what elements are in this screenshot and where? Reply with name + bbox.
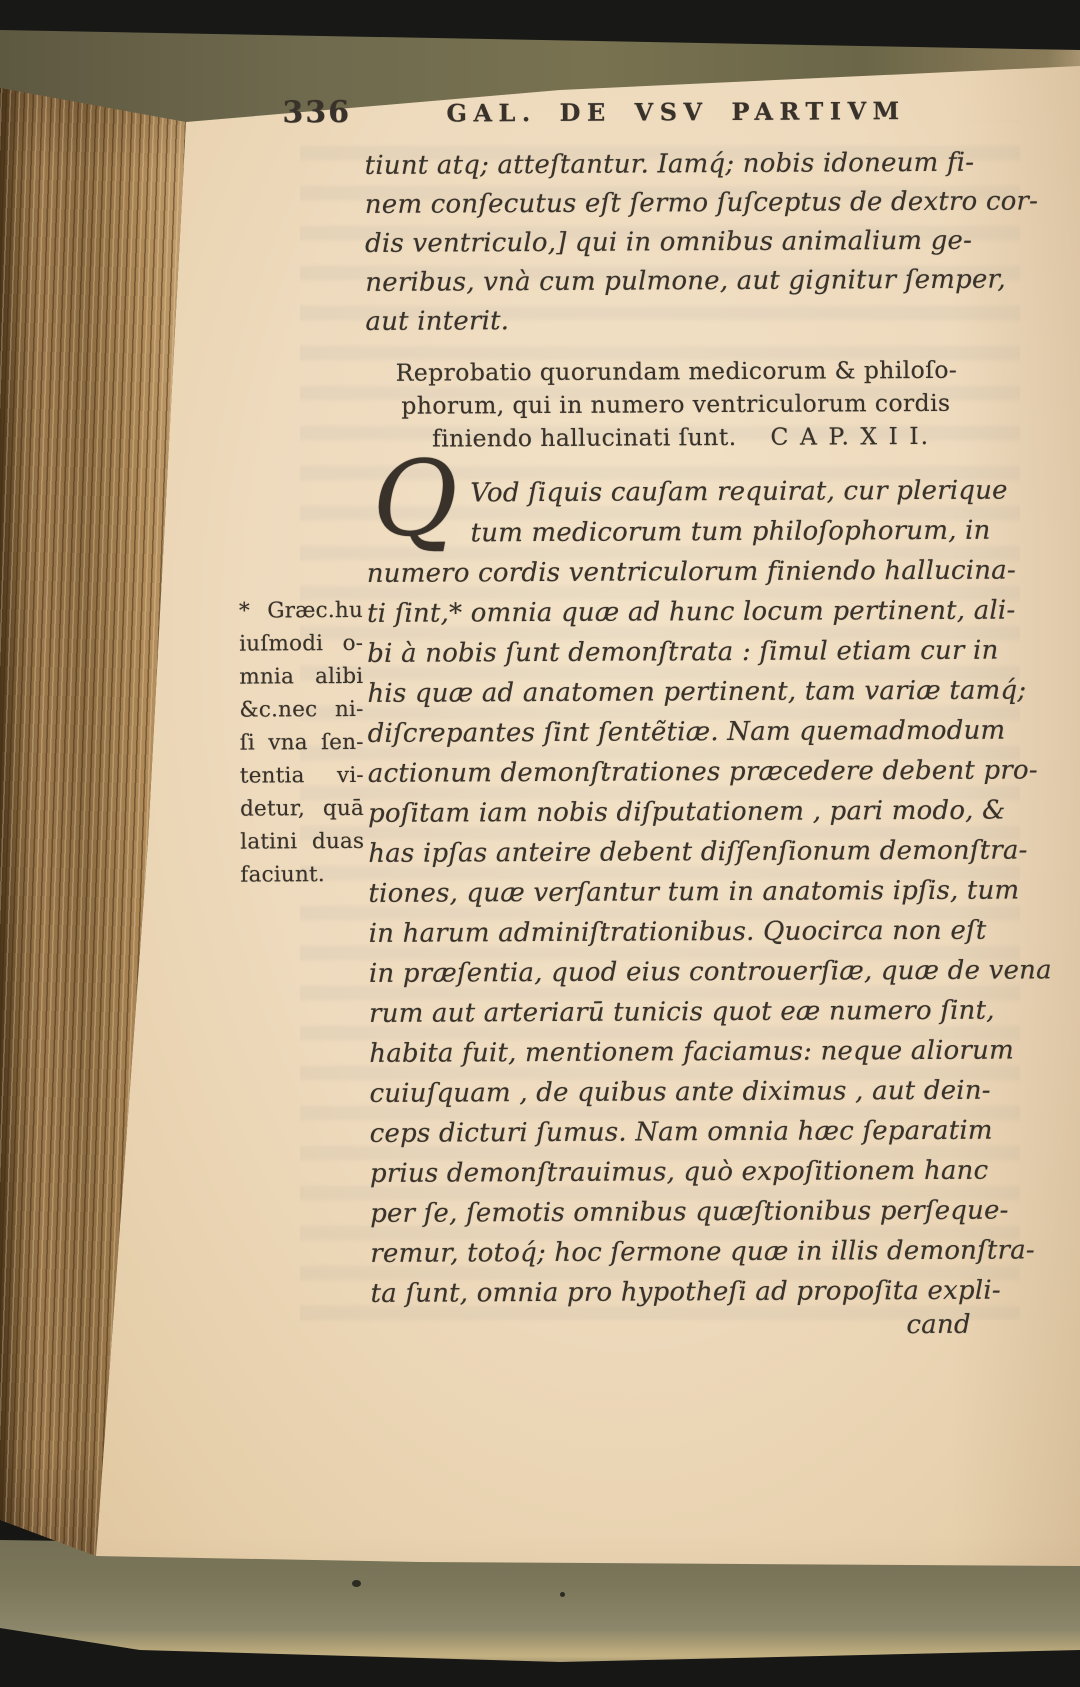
drop-cap-initial: Q — [372, 446, 458, 550]
margin-note-line: tentia vi- — [240, 763, 364, 789]
chapter-heading-text: finiendo hallucinati ſunt. — [432, 423, 737, 453]
margin-note-line: faciunt. — [240, 862, 364, 888]
text-line: ceps dicturi ſumus. Nam omnia hæc ſepara… — [370, 1116, 970, 1149]
page-number: 336 — [282, 95, 351, 130]
margin-note-line: &c.nec ni- — [239, 697, 363, 723]
text-line: Vod ſiquis cauſam requirat, cur plerique — [470, 476, 966, 509]
text-line: his quæ ad anatomen pertinent, tam variæ… — [367, 676, 967, 709]
text-line: nem conſecutus eſt ſermo ſuſceptus de de… — [365, 187, 965, 220]
margin-note-line: detur, quā — [240, 796, 364, 822]
margin-note-line: latini duas — [240, 829, 364, 855]
text-line: neribus, vnà cum pulmone, aut gignitur ſ… — [365, 265, 965, 298]
chapter-heading-line: finiendo hallucinati ſunt. C A P. X I I. — [396, 422, 956, 453]
text-line: in præſentia, quod eius controuerſiæ, qu… — [369, 956, 969, 989]
chapter-heading-line: phorum, qui in numero ventriculorum cord… — [396, 389, 956, 420]
text-line: has ipſas anteire debent diſſenſionum de… — [368, 836, 968, 869]
text-line: tiunt atq; atteſtantur. Iamq́; nobis ido… — [365, 148, 965, 181]
text-line: per ſe, ſemotis omnibus quæſtionibus per… — [370, 1196, 970, 1229]
text-line: habita fuit, mentionem faciamus: neque a… — [369, 1036, 969, 1069]
text-line: rum aut arteriarū tunicis quot eæ numero… — [369, 996, 969, 1029]
text-line: tiones, quæ verſantur tum in anatomis ip… — [368, 876, 968, 909]
text-line: actionum demonſtrationes præcedere deben… — [368, 756, 968, 789]
text-line: remur, totoq́; hoc ſermone quæ in illis … — [370, 1236, 970, 1269]
text-line: prius demonſtrauimus, quò expoſitionem h… — [370, 1156, 970, 1189]
text-line: ta ſunt, omnia pro hypotheſi ad propoſit… — [371, 1276, 971, 1309]
margin-note-line: mnia alibi — [239, 664, 363, 690]
catchword: cand — [371, 1310, 971, 1343]
text-line: bi à nobis ſunt demonſtrata : ſimul etia… — [367, 636, 967, 669]
chapter-label: C A P. X I I. — [770, 422, 930, 451]
text-line: numero cordis ventriculorum finiendo hal… — [367, 556, 967, 589]
text-line: ti ſint,* omnia quæ ad hunc locum pertin… — [367, 596, 967, 629]
margin-note-line: iuſmodi o- — [239, 631, 363, 657]
text-line: poſitam iam nobis diſputationem , pari m… — [368, 796, 968, 829]
running-header: GAL. DE VSV PARTIVM — [446, 96, 886, 127]
text-line: diſcrepantes ſint ſentẽtiæ. Nam quemadmo… — [368, 716, 968, 749]
margin-note-line: ſi vna ſen- — [240, 730, 364, 756]
margin-note-line: * Græc.hu — [239, 598, 363, 624]
book-photograph: 336 GAL. DE VSV PARTIVM tiunt atq; atteſ… — [0, 0, 1080, 1687]
chapter-heading-line: Reprobatio quorundam medicorum & philoſo… — [396, 356, 956, 387]
text-line: cuiuſquam , de quibus ante diximus , aut… — [369, 1076, 969, 1109]
printed-text-layer: 336 GAL. DE VSV PARTIVM tiunt atq; atteſ… — [0, 0, 1080, 1687]
text-line: aut interit. — [365, 304, 965, 337]
text-line: tum medicorum tum philoſophorum, in — [471, 516, 967, 549]
text-line: in harum adminiſtrationibus. Quocirca no… — [369, 916, 969, 949]
text-line: dis ventriculo,] qui in omnibus animaliu… — [365, 226, 965, 259]
